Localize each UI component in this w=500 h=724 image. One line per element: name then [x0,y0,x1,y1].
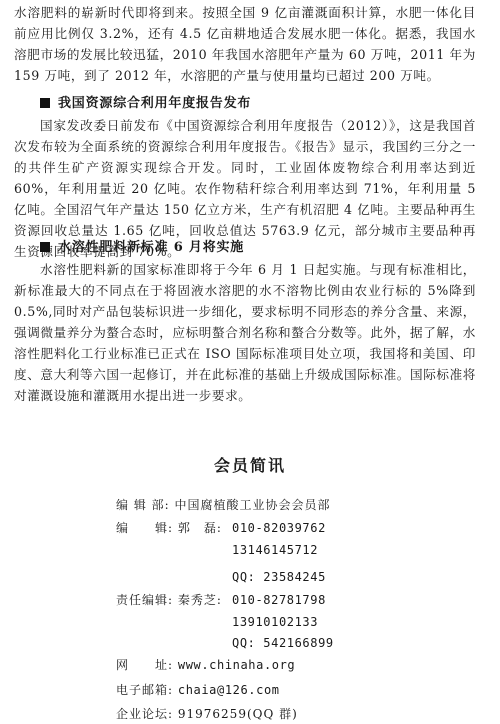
section-heading-resource-report: 我国资源综合利用年度报告发布 [40,94,251,114]
editor-label: 编 辑: [116,519,173,537]
chief-editor-name: 秦秀芝: [178,593,222,607]
forum-row: 企业论坛: 91976259(QQ 群) [116,705,298,723]
email-label: 电子邮箱: [116,681,173,699]
editorial-dept-label: 编 辑 部: [116,496,170,514]
section-body-fertilizer-standard: 水溶性肥料新的国家标准即将于今年 6 月 1 日起实施。与现有标准相比，新标准最… [14,259,476,406]
section-heading-text: 我国资源综合利用年度报告发布 [58,96,251,111]
intro-paragraph: 水溶肥料的崭新时代即将到来。按照全国 9 亿亩灌溉面积计算，水肥一体化目前应用比… [14,2,476,86]
editorial-dept-row: 编 辑 部: 中国腐植酸工业协会会员部 [116,496,331,514]
document-page: 水溶肥料的崭新时代即将到来。按照全国 9 亿亩灌溉面积计算，水肥一体化目前应用比… [0,0,500,724]
editorial-dept-value: 中国腐植酸工业协会会员部 [175,498,331,512]
website-row: 网 址: www.chinaha.org [116,656,295,674]
editor-phone: 010-82039762 [232,519,326,537]
chief-editor-qq: QQ: 542166899 [232,634,334,652]
email-row: 电子邮箱: chaia@126.com [116,681,280,699]
forum-value: 91976259(QQ 群) [178,707,298,721]
chief-editor-label: 责任编辑: [116,591,173,609]
website-label: 网 址: [116,656,173,674]
forum-label: 企业论坛: [116,705,173,723]
chief-editor-row: 责任编辑: 秦秀芝: [116,591,222,609]
chief-editor-phone: 010-82781798 [232,591,326,609]
black-square-bullet-icon [40,98,50,108]
editor-qq: QQ: 23584245 [232,568,326,586]
section-heading-fertilizer-standard: 水溶性肥料新标准 6 月将实施 [40,238,244,258]
website-link[interactable]: www.chinaha.org [178,658,295,672]
editor-name: 郭 磊: [178,521,222,535]
section-heading-text: 水溶性肥料新标准 6 月将实施 [58,240,244,255]
email-link[interactable]: chaia@126.com [178,683,280,697]
editor-mobile: 13146145712 [232,541,318,559]
editor-row: 编 辑: 郭 磊: [116,519,222,537]
chief-editor-mobile: 13910102133 [232,613,318,631]
member-notice-title: 会员简讯 [0,455,500,477]
black-square-bullet-icon [40,242,50,252]
